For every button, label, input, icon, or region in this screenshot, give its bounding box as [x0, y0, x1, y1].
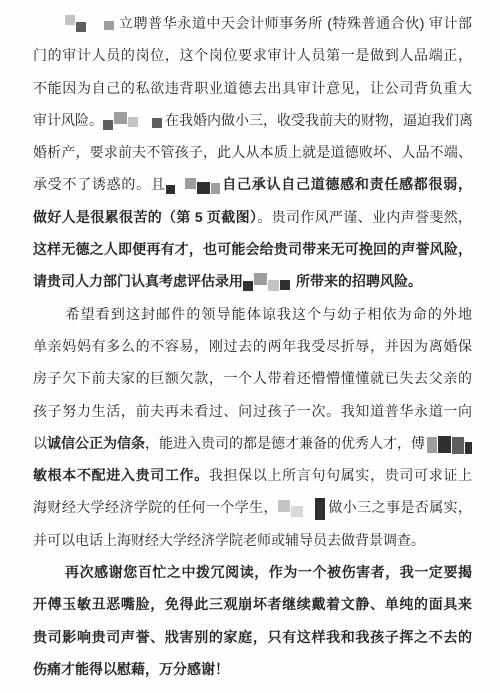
mosaic-square: [268, 280, 279, 291]
text-segment: 自己承认自己道德感和责任感都很弱，: [222, 176, 472, 192]
text-segment: 敏根本不配进入贵司工作。: [33, 467, 209, 483]
redaction-mosaic-6: [278, 498, 325, 520]
text-line: 单亲妈妈有多么的不容易，刚过去的两年我受尽折辱，并因为离婚保: [33, 330, 472, 362]
mosaic-square: [185, 178, 196, 189]
text-segment: 并可以电话上海财经大学经济学院老师或辅导员去做背景调查。: [33, 532, 425, 548]
redaction-mosaic-4: [243, 277, 290, 289]
mosaic-square: [291, 506, 303, 517]
text-segment: 房子欠下前夫家的巨额欠款，一个人带着还懵懵懂懂就已失去父亲的: [33, 370, 472, 386]
text-segment: 以: [33, 435, 47, 451]
mosaic-square: [427, 437, 437, 453]
text-segment: 孩子努力生活，前夫再未看过、问过孩子一次。我知道普华永道一向: [33, 403, 472, 419]
text-segment: 伤痛才能得以慰藉，万分感谢！: [33, 661, 229, 677]
text-line: 不能因为自己的私欲违背职业道德去出具审计意见，让公司背负重大: [33, 72, 472, 104]
mosaic-square: [438, 436, 451, 453]
text-segment: 开傅玉敏丑恶嘴脸，免得此三观崩坏者继续戴着文静、单纯的面具来: [33, 596, 472, 612]
mosaic-square: [76, 22, 86, 32]
mosaic-gap: [176, 185, 184, 186]
text-segment: 希望看到这封邮件的领导能体谅我这个与幼子相依为命的外地: [65, 306, 473, 322]
text-line: 再次感谢您百忙之中拨冗阅读，作为一个被伤害者，我一定要揭: [33, 556, 472, 588]
text-segment: 立聘普华永道中天会计师事务所 (特殊普通合伙) 审计部: [119, 15, 473, 31]
text-segment: 婚析产，要求前夫不管孩子，此人从本质上就是道德败坏、人品不端、: [33, 144, 472, 160]
paragraph: 立聘普华永道中天会计师事务所 (特殊普通合伙) 审计部门的审计人员的岗位，这个岗…: [33, 7, 472, 298]
mosaic-square: [254, 273, 267, 285]
text-line: 伤痛才能得以慰藉，万分感谢！: [33, 653, 472, 685]
redaction-mosaic-5: [427, 436, 472, 453]
text-line: 以诚信公正为信条，能进入贵司的都是德才兼备的优秀人才，傅: [33, 427, 472, 459]
mosaic-square: [128, 117, 138, 127]
text-segment: ，能进入贵司的都是德才兼备的优秀人才，傅: [145, 435, 425, 451]
text-line: 开傅玉敏丑恶嘴脸，免得此三观崩坏者继续戴着文静、单纯的面具来: [33, 588, 472, 620]
mosaic-square: [65, 15, 75, 25]
text-segment: 所带来的招聘风险。: [296, 273, 422, 289]
text-segment: 请贵司人力部门认真考虑评估录用: [33, 273, 243, 289]
mosaic-gap: [304, 508, 314, 509]
letter-document: 立聘普华永道中天会计师事务所 (特殊普通合伙) 审计部门的审计人员的岗位，这个岗…: [0, 0, 500, 693]
text-segment: 门的审计人员的岗位，这个岗位要求审计人员第一是做到人品端正，: [33, 47, 472, 63]
mosaic-square: [104, 21, 114, 30]
text-segment: 再次感谢您百忙之中拨冗阅读，作为一个被伤害者，我一定要揭: [65, 564, 473, 580]
text-line: 做好人是很累很苦的（第 5 页截图）。贵司作风严谨、业内声誉斐然，: [33, 201, 472, 233]
text-line: 贵司影响贵司声誉、戕害别的家庭，只有这样我和我孩子挥之不去的: [33, 621, 472, 653]
mosaic-square: [114, 112, 127, 124]
text-line: 敏根本不配进入贵司工作。我担保以上所言句句属实，贵司可求证上: [33, 459, 472, 491]
text-segment: 我担保以上所言句句属实，贵司可求证上: [209, 467, 472, 483]
paragraph: 再次感谢您百忙之中拨冗阅读，作为一个被伤害者，我一定要揭开傅玉敏丑恶嘴脸，免得此…: [33, 556, 472, 685]
mosaic-square: [278, 500, 290, 512]
text-segment: 做小三之事是否属实，: [328, 499, 472, 515]
text-line: 审计风险。在我婚内做小三，收受我前夫的财物，逼迫我们离: [33, 104, 472, 136]
text-segment: 承受不了诱惑的。且: [33, 176, 166, 192]
text-segment: 单亲妈妈有多么的不容易，刚过去的两年我受尽折辱，并因为离婚保: [33, 338, 472, 354]
text-segment: 这样无德之人即便再有才，也可能会给贵司带来无可挽回的声誉风险，: [33, 241, 472, 257]
text-segment: 诚信公正为信条: [47, 435, 145, 451]
text-segment: 。贵司作风严谨、业内声誉斐然，: [257, 209, 472, 225]
text-line: 立聘普华永道中天会计师事务所 (特殊普通合伙) 审计部: [33, 7, 472, 39]
mosaic-square: [452, 437, 464, 454]
text-segment: 海财经大学经济学院的任何一个学生，: [33, 499, 278, 515]
mosaic-square: [152, 118, 162, 128]
text-segment: 审计风险。: [33, 112, 103, 128]
text-line: 承受不了诱惑的。且自己承认自己道德感和责任感都很弱，: [33, 168, 472, 200]
text-line: 请贵司人力部门认真考虑评估录用所带来的招聘风险。: [33, 265, 472, 297]
mosaic-square: [211, 183, 220, 194]
text-line: 希望看到这封邮件的领导能体谅我这个与幼子相依为命的外地: [33, 298, 472, 330]
text-line: 婚析产，要求前夫不管孩子，此人从本质上就是道德败坏、人品不端、: [33, 136, 472, 168]
text-segment: 做好人是很累很苦的（第 5 页截图）: [33, 209, 257, 225]
mosaic-square: [197, 182, 210, 194]
text-line: 海财经大学经济学院的任何一个学生，做小三之事是否属实，: [33, 491, 472, 523]
redaction-mosaic-1: [65, 19, 114, 29]
text-segment: 不能因为自己的私欲违背职业道德去出具审计意见，让公司背负重大: [33, 80, 472, 96]
text-line: 这样无德之人即便再有才，也可能会给贵司带来无可挽回的声誉风险，: [33, 233, 472, 265]
text-line: 门的审计人员的岗位，这个岗位要求审计人员第一是做到人品端正，: [33, 39, 472, 71]
redaction-mosaic-2: [103, 115, 162, 127]
mosaic-gap: [87, 24, 103, 25]
mosaic-gap: [139, 121, 151, 122]
text-line: 房子欠下前夫家的巨额欠款，一个人带着还懵懵懂懂就已失去父亲的: [33, 362, 472, 394]
mosaic-square: [243, 281, 253, 291]
text-line: 孩子努力生活，前夫再未看过、问过孩子一次。我知道普华永道一向: [33, 395, 472, 427]
mosaic-square: [465, 442, 472, 454]
mosaic-square: [166, 185, 175, 194]
redaction-mosaic-3: [166, 180, 220, 192]
mosaic-square: [103, 120, 113, 130]
mosaic-square: [280, 280, 290, 290]
text-segment: 贵司影响贵司声誉、戕害别的家庭，只有这样我和我孩子挥之不去的: [33, 629, 472, 645]
text-line: 并可以电话上海财经大学经济学院老师或辅导员去做背景调查。: [33, 524, 472, 556]
paragraph: 希望看到这封邮件的领导能体谅我这个与幼子相依为命的外地单亲妈妈有多么的不容易，刚…: [33, 298, 472, 556]
text-segment: 在我婚内做小三，收受我前夫的财物，逼迫我们离: [165, 112, 473, 128]
mosaic-square: [315, 498, 325, 520]
